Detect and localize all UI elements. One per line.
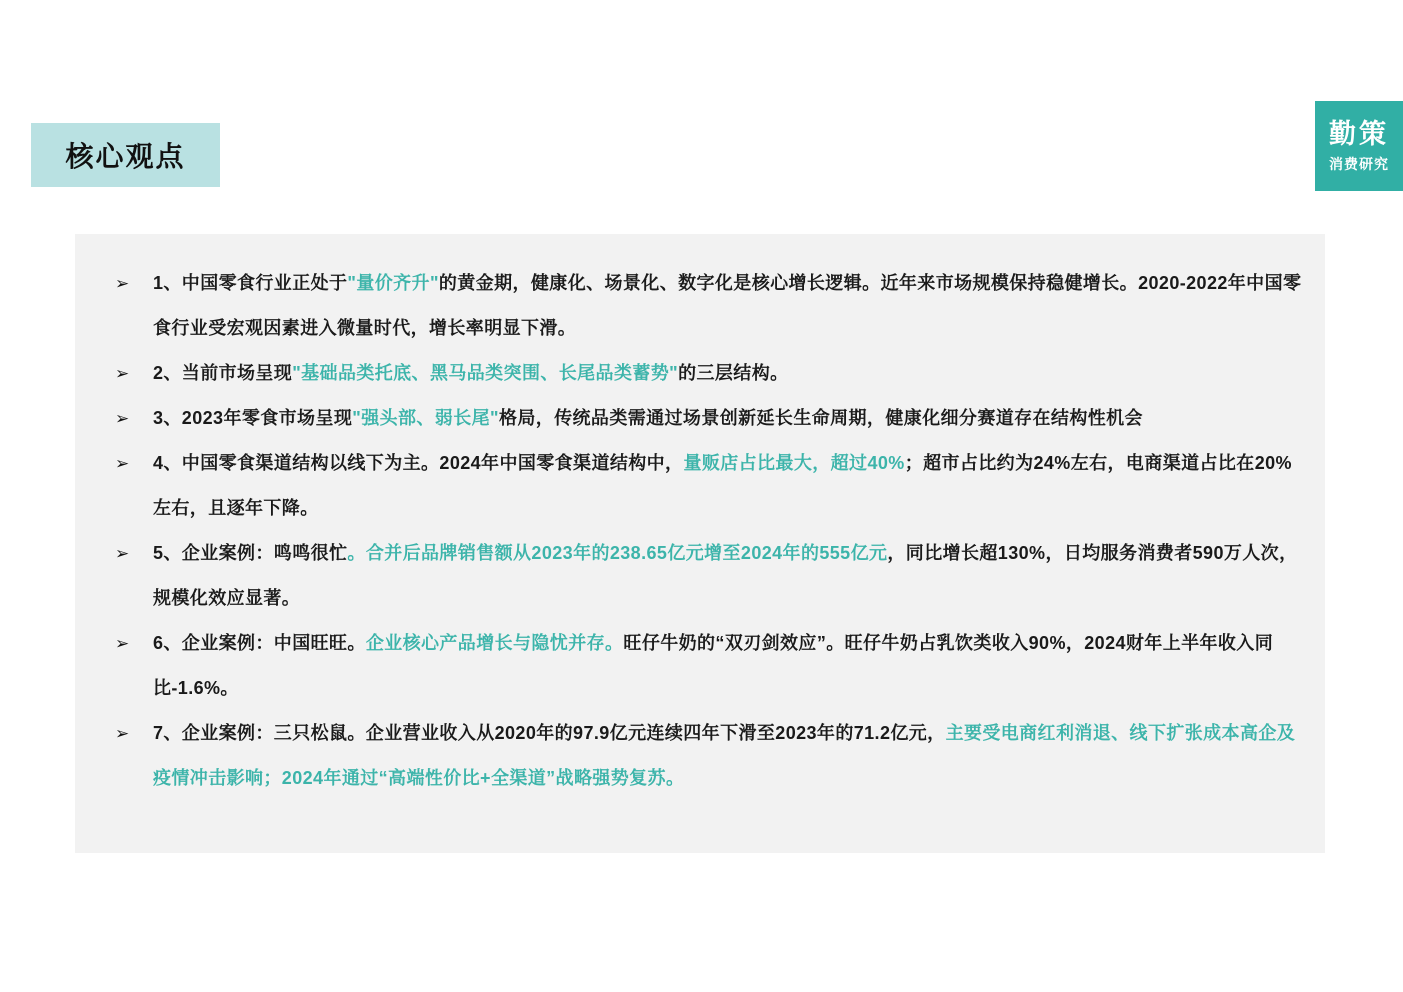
slide: 核心观点 勤策 消费研究 ➢1、中国零食行业正处于"量价齐升"的黄金期，健康化、… <box>0 0 1403 992</box>
list-item: ➢7、企业案例：三只松鼠。企业营业收入从2020年的97.9亿元连续四年下滑至2… <box>75 711 1313 801</box>
text-segment: 3、2023年零食市场呈现 <box>153 408 352 428</box>
highlighted-text-segment: "强头部、弱长尾" <box>352 408 499 428</box>
arrow-bullet-icon: ➢ <box>115 351 130 396</box>
arrow-bullet-icon: ➢ <box>115 441 130 486</box>
highlighted-text-segment: 企业核心产品增长与隐忧并存。 <box>366 633 624 653</box>
highlighted-text-segment: "量价齐升" <box>347 273 438 293</box>
bullet-text: 5、企业案例：鸣鸣很忙。合并后品牌销售额从2023年的238.65亿元增至202… <box>153 543 1297 608</box>
arrow-bullet-icon: ➢ <box>115 531 130 576</box>
highlighted-text-segment: 。合并后品牌销售额从2023年的238.65亿元增至2024年的555亿元 <box>347 543 887 563</box>
list-item: ➢2、当前市场呈现"基础品类托底、黑马品类突围、长尾品类蓄势"的三层结构。 <box>75 351 1313 396</box>
bullet-text: 2、当前市场呈现"基础品类托底、黑马品类突围、长尾品类蓄势"的三层结构。 <box>153 363 789 383</box>
arrow-bullet-icon: ➢ <box>115 711 130 756</box>
bullet-text: 3、2023年零食市场呈现"强头部、弱长尾"格局，传统品类需通过场景创新延长生命… <box>153 408 1143 428</box>
text-segment: 6、企业案例：中国旺旺。 <box>153 633 366 653</box>
brand-logo: 勤策 消费研究 <box>1315 101 1403 191</box>
highlighted-text-segment: 量贩店占比最大，超过40% <box>683 453 904 473</box>
content-panel: ➢1、中国零食行业正处于"量价齐升"的黄金期，健康化、场景化、数字化是核心增长逻… <box>75 234 1325 853</box>
text-segment: 1、中国零食行业正处于 <box>153 273 347 293</box>
bullet-text: 1、中国零食行业正处于"量价齐升"的黄金期，健康化、场景化、数字化是核心增长逻辑… <box>153 273 1301 338</box>
arrow-bullet-icon: ➢ <box>115 621 130 666</box>
list-item: ➢3、2023年零食市场呈现"强头部、弱长尾"格局，传统品类需通过场景创新延长生… <box>75 396 1313 441</box>
text-segment: 的三层结构。 <box>678 363 788 383</box>
text-segment: 5、企业案例：鸣鸣很忙 <box>153 543 347 563</box>
text-segment: 格局，传统品类需通过场景创新延长生命周期，健康化细分赛道存在结构性机会 <box>499 408 1143 428</box>
list-item: ➢6、企业案例：中国旺旺。企业核心产品增长与隐忧并存。旺仔牛奶的“双刃剑效应”。… <box>75 621 1313 711</box>
page-title: 核心观点 <box>65 135 185 175</box>
brand-logo-name: 勤策 <box>1329 118 1389 150</box>
bullet-list: ➢1、中国零食行业正处于"量价齐升"的黄金期，健康化、场景化、数字化是核心增长逻… <box>75 261 1313 801</box>
text-segment: 7、企业案例：三只松鼠。企业营业收入从2020年的97.9亿元连续四年下滑至20… <box>153 723 946 743</box>
bullet-text: 7、企业案例：三只松鼠。企业营业收入从2020年的97.9亿元连续四年下滑至20… <box>153 723 1295 788</box>
text-segment: 4、中国零食渠道结构以线下为主。2024年中国零食渠道结构中， <box>153 453 683 473</box>
list-item: ➢5、企业案例：鸣鸣很忙。合并后品牌销售额从2023年的238.65亿元增至20… <box>75 531 1313 621</box>
list-item: ➢4、中国零食渠道结构以线下为主。2024年中国零食渠道结构中，量贩店占比最大，… <box>75 441 1313 531</box>
highlighted-text-segment: "基础品类托底、黑马品类突围、长尾品类蓄势" <box>292 363 678 383</box>
list-item: ➢1、中国零食行业正处于"量价齐升"的黄金期，健康化、场景化、数字化是核心增长逻… <box>75 261 1313 351</box>
page-title-box: 核心观点 <box>31 123 220 187</box>
brand-logo-subtitle: 消费研究 <box>1329 154 1389 174</box>
bullet-text: 4、中国零食渠道结构以线下为主。2024年中国零食渠道结构中，量贩店占比最大，超… <box>153 453 1292 518</box>
text-segment: 2、当前市场呈现 <box>153 363 292 383</box>
arrow-bullet-icon: ➢ <box>115 396 130 441</box>
bullet-text: 6、企业案例：中国旺旺。企业核心产品增长与隐忧并存。旺仔牛奶的“双刃剑效应”。旺… <box>153 633 1273 698</box>
arrow-bullet-icon: ➢ <box>115 261 130 306</box>
